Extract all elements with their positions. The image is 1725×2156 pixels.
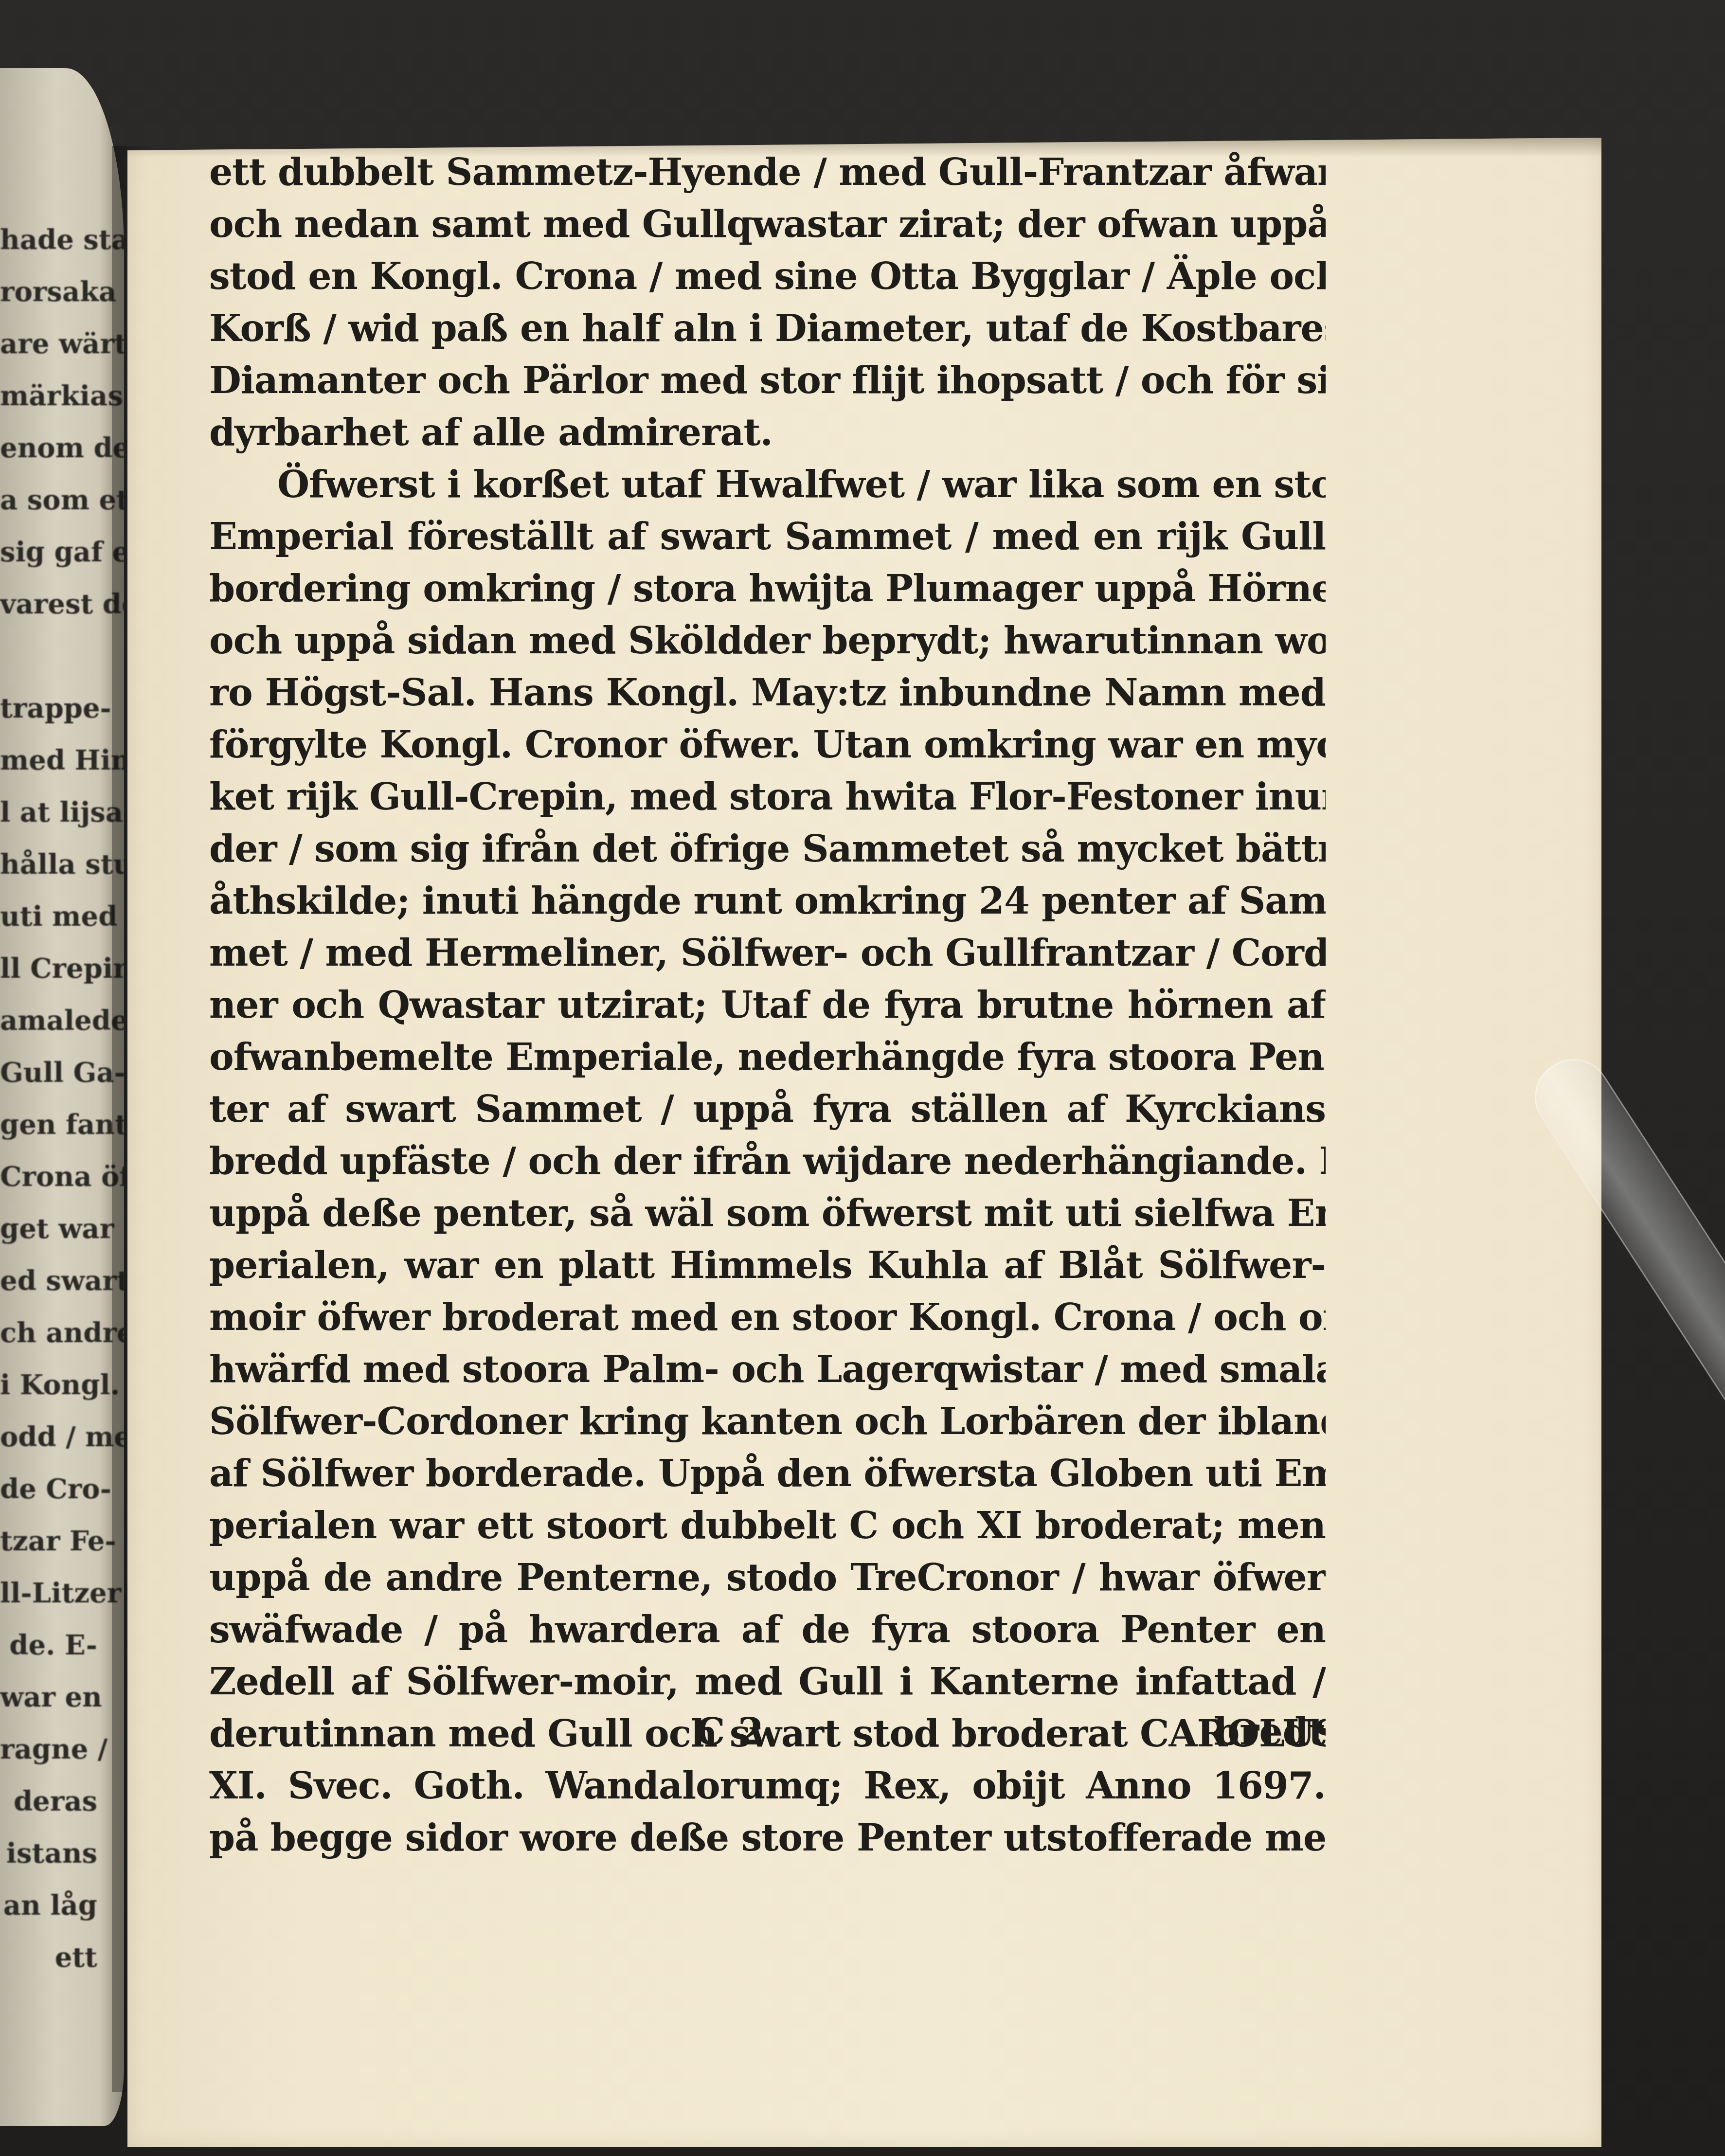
text-line: ner och Qwastar utzirat; Utaf de fyra br… — [209, 979, 1326, 1031]
catchword: bredt — [1214, 1710, 1326, 1753]
text-line: af Sölfwer borderade. Uppå den öfwersta … — [209, 1447, 1326, 1499]
text-line: dyrbarhet af alle admirerat. — [209, 406, 1326, 458]
margin-fragment: med Him- — [0, 735, 97, 787]
body-text: ett dubbelt Sammetz-Hyende / med Gull-Fr… — [209, 146, 1326, 1864]
text-line: perialen, war en platt Himmels Kuhla af … — [209, 1239, 1326, 1291]
page-footer: C 2 bredt — [209, 1710, 1326, 1763]
text-line: åthskilde; inuti hängde runt omkring 24 … — [209, 875, 1326, 927]
margin-fragment: deras — [0, 1776, 97, 1828]
margin-fragment: uti med — [0, 891, 97, 943]
text-line: och nedan samt med Gullqwastar zirat; de… — [209, 198, 1326, 250]
text-line: Zedell af Sölfwer-moir, med Gull i Kante… — [209, 1655, 1326, 1707]
margin-fragment: enom det / — [0, 422, 97, 474]
text-line: uppå de andre Penterne, stodo TreCronor … — [209, 1551, 1326, 1603]
margin-fragment: ch andre — [0, 1307, 97, 1359]
text-line: stod en Kongl. Crona / med sine Otta Byg… — [209, 250, 1326, 302]
text-line: met / med Hermeliner, Sölfwer- och Gullf… — [209, 927, 1326, 979]
margin-fragment: ll Crepin — [0, 943, 97, 995]
margin-fragment: are wärt- — [0, 318, 97, 370]
text-line: hwärfd med stoora Palm- och Lagerqwistar… — [209, 1343, 1326, 1395]
text-line: ket rijk Gull-Crepin, med stora hwita Fl… — [209, 771, 1326, 823]
text-line: Sölfwer-Cordoner kring kanten och Lorbär… — [209, 1395, 1326, 1447]
margin-fragment: ll-Litzer — [0, 1567, 97, 1619]
text-line: moir öfwer broderat med en stoor Kongl. … — [209, 1291, 1326, 1343]
margin-fragment: ett — [0, 1932, 97, 1984]
margin-fragment: de. E- — [0, 1619, 97, 1671]
margin-fragment — [0, 630, 97, 683]
margin-fragment: i Kongl. — [0, 1359, 97, 1411]
text-line: Öfwerst i korßet utaf Hwalfwet / war lik… — [209, 458, 1326, 510]
margin-fragment: Crona öf- — [0, 1151, 97, 1203]
margin-fragment: a som ett — [0, 474, 97, 526]
left-page-margin-text: hade stardrorsaka nå-are wärt-märkias /e… — [0, 214, 97, 1984]
text-line: förgylte Kongl. Cronor öfwer. Utan omkri… — [209, 719, 1326, 771]
margin-fragment: ragne / — [0, 1724, 97, 1776]
margin-fragment: an låg — [0, 1880, 97, 1932]
text-line: swäfwade / på hwardera af de fyra stoora… — [209, 1603, 1326, 1655]
margin-fragment: war en — [0, 1671, 97, 1724]
margin-fragment: istans — [0, 1828, 97, 1880]
margin-fragment: get war — [0, 1203, 97, 1255]
margin-fragment: odd / med — [0, 1411, 97, 1463]
text-line: ett dubbelt Sammetz-Hyende / med Gull-Fr… — [209, 146, 1326, 198]
text-line: ofwanbemelte Emperiale, nederhängde fyra… — [209, 1031, 1326, 1083]
text-line: Korß / wid paß en half aln i Diameter, u… — [209, 302, 1326, 354]
margin-fragment: rorsaka nå- — [0, 266, 97, 318]
margin-fragment: Gull Ga- — [0, 1047, 97, 1099]
text-line: uppå deße penter, så wäl som öfwerst mit… — [209, 1187, 1326, 1239]
text-line: bordering omkring / stora hwijta Plumage… — [209, 562, 1326, 614]
text-line: XI. Svec. Goth. Wandalorumq; Rex, obijt … — [209, 1760, 1326, 1812]
left-facing-page: hade stardrorsaka nå-are wärt-märkias /e… — [0, 68, 124, 2126]
text-line: ro Högst-Sal. Hans Kongl. May:tz inbundn… — [209, 666, 1326, 719]
text-line: perialen war ett stoort dubbelt C och XI… — [209, 1499, 1326, 1551]
margin-fragment: l at lijsa — [0, 787, 97, 839]
margin-fragment: de Cro- — [0, 1463, 97, 1515]
text-line: Diamanter och Pärlor med stor flijt ihop… — [209, 354, 1326, 406]
margin-fragment: amaledes — [0, 995, 97, 1047]
margin-fragment: gen fantz — [0, 1099, 97, 1151]
text-line: och uppå sidan med Sköldder beprydt; hwa… — [209, 614, 1326, 666]
margin-fragment: varest det — [0, 578, 97, 630]
signature-mark: C 2 — [696, 1710, 764, 1753]
margin-fragment: trappe- — [0, 683, 97, 735]
text-line: der / som sig ifrån det öfrige Sammetet … — [209, 823, 1326, 875]
margin-fragment: hade stard — [0, 214, 97, 266]
margin-fragment: tzar Fe- — [0, 1515, 97, 1567]
text-line: på begge sidor wore deße store Penter ut… — [209, 1812, 1326, 1864]
text-line: bredd upfäste / och der ifrån wijdare ne… — [209, 1135, 1326, 1187]
margin-fragment: ed swart — [0, 1255, 97, 1307]
margin-fragment: hålla stul- — [0, 839, 97, 891]
text-line: Emperial föreställt af swart Sammet / me… — [209, 510, 1326, 562]
margin-fragment: märkias / — [0, 370, 97, 422]
margin-fragment: sig gaf et — [0, 526, 97, 578]
text-line: ter af swart Sammet / uppå fyra ställen … — [209, 1083, 1326, 1135]
